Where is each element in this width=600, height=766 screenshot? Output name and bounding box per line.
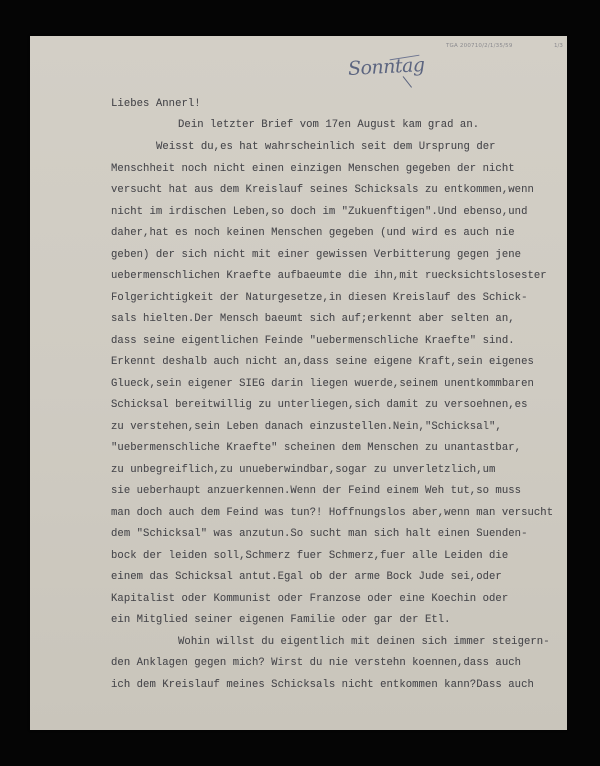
text-line: Folgerichtigkeit der Naturgesetze,in die… xyxy=(111,292,527,304)
text-line: versucht hat aus dem Kreislauf seines Sc… xyxy=(111,184,534,196)
text-line: einem das Schicksal antut.Egal ob der ar… xyxy=(111,571,502,583)
text-line: Menschheit noch nicht einen einzigen Men… xyxy=(111,163,515,175)
text-line: Dein letzter Brief vom 17en August kam g… xyxy=(178,119,479,131)
text-line: Kapitalist oder Kommunist oder Franzose … xyxy=(111,593,508,605)
text-line: nicht im irdischen Leben,so doch im "Zuk… xyxy=(111,206,527,218)
letter-body: Liebes Annerl! Dein letzter Brief vom 17… xyxy=(0,0,600,766)
text-line: Erkennt deshalb auch nicht an,dass seine… xyxy=(111,356,534,368)
text-line: geben) der sich nicht mit einer gewissen… xyxy=(111,249,521,261)
text-line: ich dem Kreislauf meines Schicksals nich… xyxy=(111,679,534,691)
text-line: Glueck,sein eigener SIEG darin liegen wu… xyxy=(111,378,534,390)
text-line: sie ueberhaupt anzuerkennen.Wenn der Fei… xyxy=(111,485,521,497)
salutation: Liebes Annerl! xyxy=(111,98,201,110)
text-line: "uebermenschliche Kraefte" scheinen dem … xyxy=(111,442,521,454)
text-line: Wohin willst du eigentlich mit deinen si… xyxy=(178,636,550,648)
text-line: bock der leiden soll,Schmerz fuer Schmer… xyxy=(111,550,508,562)
text-line: sals hielten.Der Mensch baeumt sich auf;… xyxy=(111,313,515,325)
text-line: ein Mitglied seiner eigenen Familie oder… xyxy=(111,614,451,626)
text-line: Weisst du,es hat wahrscheinlich seit dem… xyxy=(156,141,496,153)
text-line: dass seine eigentlichen Feinde "uebermen… xyxy=(111,335,515,347)
text-line: uebermenschlichen Kraefte aufbaeumte die… xyxy=(111,270,547,282)
text-line: Schicksal bereitwillig zu unterliegen,si… xyxy=(111,399,527,411)
text-line: man doch auch dem Feind was tun?! Hoffnu… xyxy=(111,507,553,519)
text-line: daher,hat es noch keinen Menschen gegebe… xyxy=(111,227,515,239)
text-line: zu verstehen,sein Leben danach einzustel… xyxy=(111,421,502,433)
text-line: dem "Schicksal" was anzutun.So sucht man… xyxy=(111,528,527,540)
text-line: zu unbegreiflich,zu unueberwindbar,sogar… xyxy=(111,464,495,476)
text-line: den Anklagen gegen mich? Wirst du nie ve… xyxy=(111,657,521,669)
